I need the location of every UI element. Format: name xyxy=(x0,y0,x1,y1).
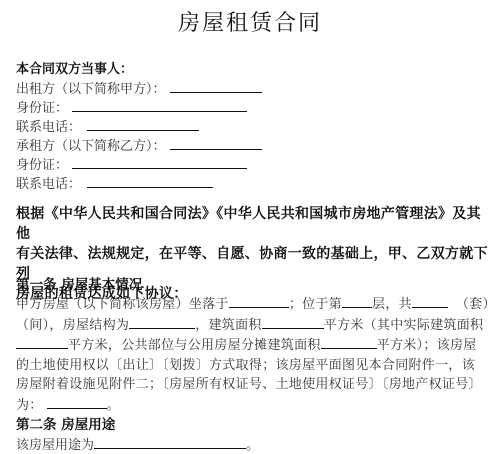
article-1-line-3: 平方米，公共部位与公用房屋分摊建筑面积平方米）；该房屋 xyxy=(16,335,492,356)
shared-area-blank[interactable] xyxy=(321,335,377,349)
building-area-blank[interactable] xyxy=(262,315,324,329)
lessee-label: 承租方（以下简称乙方）： xyxy=(16,139,166,154)
article-1-body: 甲方房屋（以下简称该房屋）坐落于；位于第层，共（套） （间），房屋结构为，建筑面… xyxy=(16,294,492,415)
location-blank[interactable] xyxy=(229,294,289,308)
parties-heading: 本合同双方当事人： xyxy=(16,60,133,79)
lessee-blank[interactable] xyxy=(170,136,262,150)
article-1-line-2: （间），房屋结构为，建筑面积平方米（其中实际建筑面积 xyxy=(16,315,492,336)
article-1-line-4: 的土地使用权以〔出让〕〔划拨〕方式取得；该房屋平面图见本合同附件一，该 xyxy=(16,356,492,376)
lessor-row: 出租方（以下简称甲方）： xyxy=(16,79,262,99)
lessor-id-label: 身份证： xyxy=(16,101,68,116)
floor-blank[interactable] xyxy=(342,294,372,308)
usage-blank[interactable] xyxy=(94,435,246,449)
article-2-line-1: 该房屋用途为。 xyxy=(16,435,259,454)
article-1-line-6: 为：。 xyxy=(16,395,492,416)
lessee-phone-blank[interactable] xyxy=(87,174,213,188)
article-1-heading: 第一条 房屋基本情况 xyxy=(16,276,142,295)
preamble-line-1: 根据《中华人民共和国合同法》《中华人民共和国城市房地产管理法》及其他 xyxy=(16,204,488,244)
total-units-blank[interactable] xyxy=(412,294,448,308)
certificate-number-blank[interactable] xyxy=(47,395,107,409)
lessee-id-label: 身份证： xyxy=(16,158,68,173)
structure-blank[interactable] xyxy=(129,315,195,329)
lessor-id-row: 身份证： xyxy=(16,98,247,118)
lessee-phone-row: 联系电话： xyxy=(16,174,213,194)
article-2-heading: 第二条 房屋用途 xyxy=(16,416,115,435)
lessor-phone-blank[interactable] xyxy=(87,117,199,131)
lessee-id-row: 身份证： xyxy=(16,155,247,175)
article-1-line-5: 房屋附着设施见附件二；〔房屋所有权证号、土地使用权证号〕〔房地产权证号〕 xyxy=(16,375,492,395)
lessee-row: 承租方（以下简称乙方）： xyxy=(16,136,262,156)
document-title: 房屋租赁合同 xyxy=(0,6,500,37)
lessor-phone-row: 联系电话： xyxy=(16,117,199,137)
actual-area-blank[interactable] xyxy=(16,335,68,349)
lessor-id-blank[interactable] xyxy=(72,98,247,112)
lessor-blank[interactable] xyxy=(170,79,262,93)
lessor-phone-label: 联系电话： xyxy=(16,120,81,135)
article-1-line-1: 甲方房屋（以下简称该房屋）坐落于；位于第层，共（套） xyxy=(16,294,492,315)
lessor-label: 出租方（以下简称甲方）： xyxy=(16,82,166,97)
lessee-id-blank[interactable] xyxy=(72,155,247,169)
lessee-phone-label: 联系电话： xyxy=(16,177,81,192)
